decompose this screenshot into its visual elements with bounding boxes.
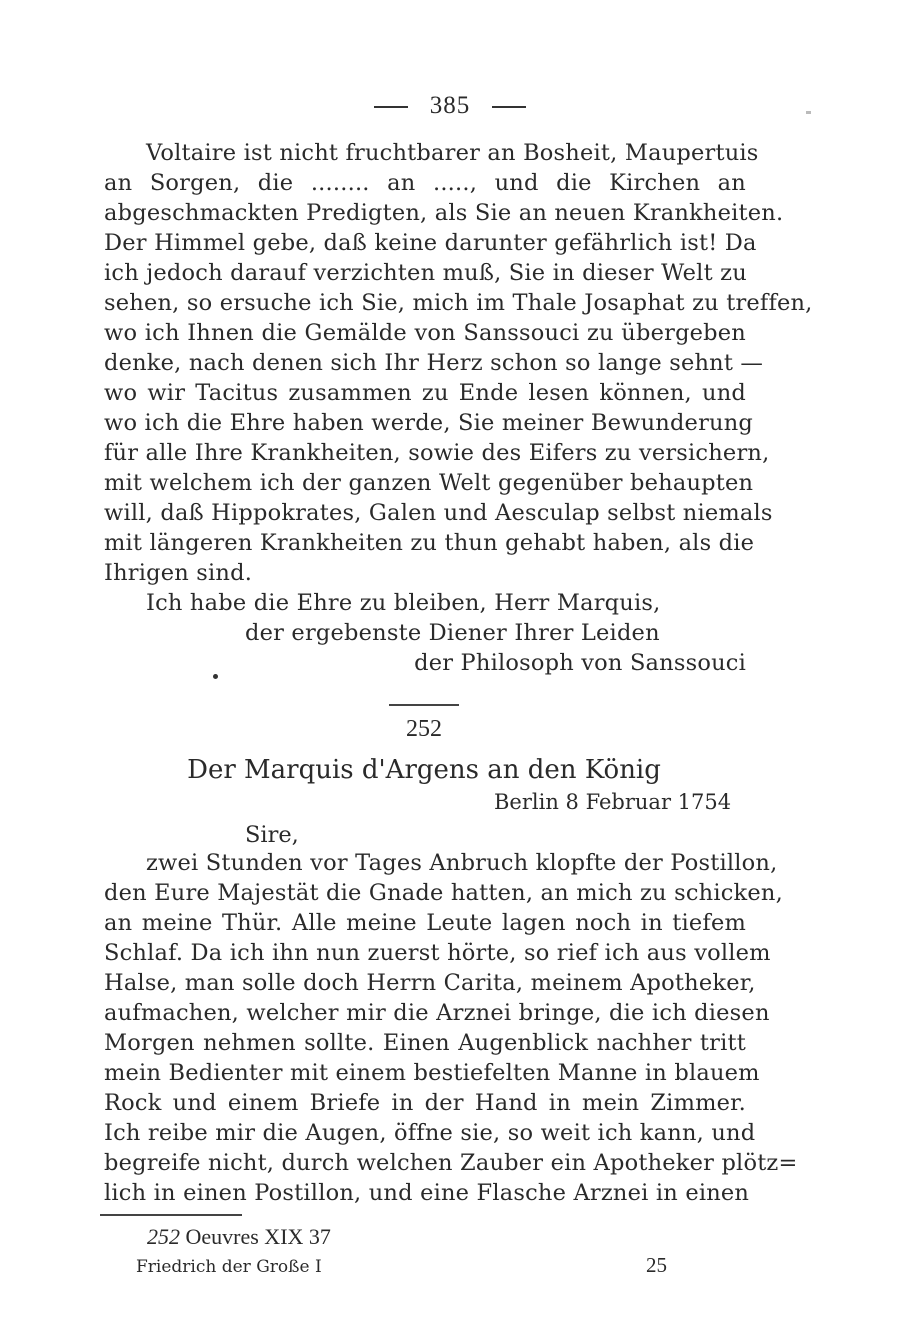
text-line: mein Bedienter mit einem bestiefelten Ma… (104, 1058, 746, 1088)
text-line: Halse, man solle doch Herrn Carita, mein… (104, 968, 746, 998)
letter-number: 252 (0, 716, 848, 743)
text-line: mit welchem ich der ganzen Welt gegenübe… (104, 468, 746, 498)
letter-salutation: Sire, (245, 822, 299, 848)
text-line: Morgen nehmen sollte. Einen Augenblick n… (104, 1028, 746, 1058)
signature-name: der Philosoph von Sanssouci (410, 648, 746, 678)
footnote-rule (100, 1214, 242, 1216)
text-line: wo wir Tacitus zusammen zu Ende lesen kö… (104, 378, 746, 408)
footnote: 252 Oeuvres XIX 37 (147, 1224, 331, 1250)
text-line: wo ich die Ehre haben werde, Sie meiner … (104, 408, 746, 438)
sheet-number: 25 (646, 1253, 667, 1278)
text-line: begreife nicht, durch welchen Zauber ein… (104, 1148, 746, 1178)
text-line: den Eure Majestät die Gnade hatten, an m… (104, 878, 746, 908)
book-page: 385 Voltaire ist nicht fruchtbarer an Bo… (0, 0, 900, 1337)
page-header: 385 (0, 92, 900, 120)
text-line: Schlaf. Da ich ihn nun zuerst hörte, so … (104, 938, 746, 968)
text-line: wo ich Ihnen die Gemälde von Sanssouci z… (104, 318, 746, 348)
text-line: an meine Thür. Alle meine Leute lagen no… (104, 908, 746, 938)
text-line: an Sorgen, die ........ an ....., und di… (104, 168, 746, 198)
closing-line: Ich habe die Ehre zu bleiben, Herr Marqu… (146, 588, 660, 618)
printer-signature: Friedrich der Große I (136, 1257, 322, 1277)
footnote-text: Oeuvres XIX 37 (186, 1224, 331, 1249)
text-line: Ihrigen sind. (104, 558, 746, 588)
text-line: Rock und einem Briefe in der Hand in mei… (104, 1088, 746, 1118)
page-number: 385 (430, 92, 471, 119)
letter-dateline: Berlin 8 Februar 1754 (494, 790, 731, 814)
text-line: denke, nach denen sich Ihr Herz schon so… (104, 348, 746, 378)
text-line: ich jedoch darauf verzichten muß, Sie in… (104, 258, 746, 288)
text-line: abgeschmackten Predigten, als Sie an neu… (104, 198, 746, 228)
section-divider (389, 704, 459, 706)
text-line: mit längeren Krankheiten zu thun gehabt … (104, 528, 746, 558)
header-dash-left (374, 106, 408, 108)
text-line: zwei Stunden vor Tages Anbruch klopfte d… (104, 848, 746, 878)
text-line: Der Himmel gebe, daß keine darunter gefä… (104, 228, 746, 258)
text-line: sehen, so ersuche ich Sie, mich im Thale… (104, 288, 746, 318)
closing-line: der ergebenste Diener Ihrer Leiden (245, 618, 660, 648)
footnote-ref: 252 (147, 1224, 180, 1249)
bullet-mark (213, 674, 218, 679)
scan-speck (806, 111, 811, 114)
header-dash-right (492, 106, 526, 108)
letter-title: Der Marquis d'Argens an den König (0, 755, 848, 785)
text-line: für alle Ihre Krankheiten, sowie des Eif… (104, 438, 746, 468)
text-line: lich in einen Postillon, und eine Flasch… (104, 1178, 746, 1208)
text-line: Ich reibe mir die Augen, öffne sie, so w… (104, 1118, 746, 1148)
text-line: aufmachen, welcher mir die Arznei bringe… (104, 998, 746, 1028)
text-line: will, daß Hippokrates, Galen und Aescula… (104, 498, 746, 528)
text-line: Voltaire ist nicht fruchtbarer an Boshei… (104, 138, 746, 168)
